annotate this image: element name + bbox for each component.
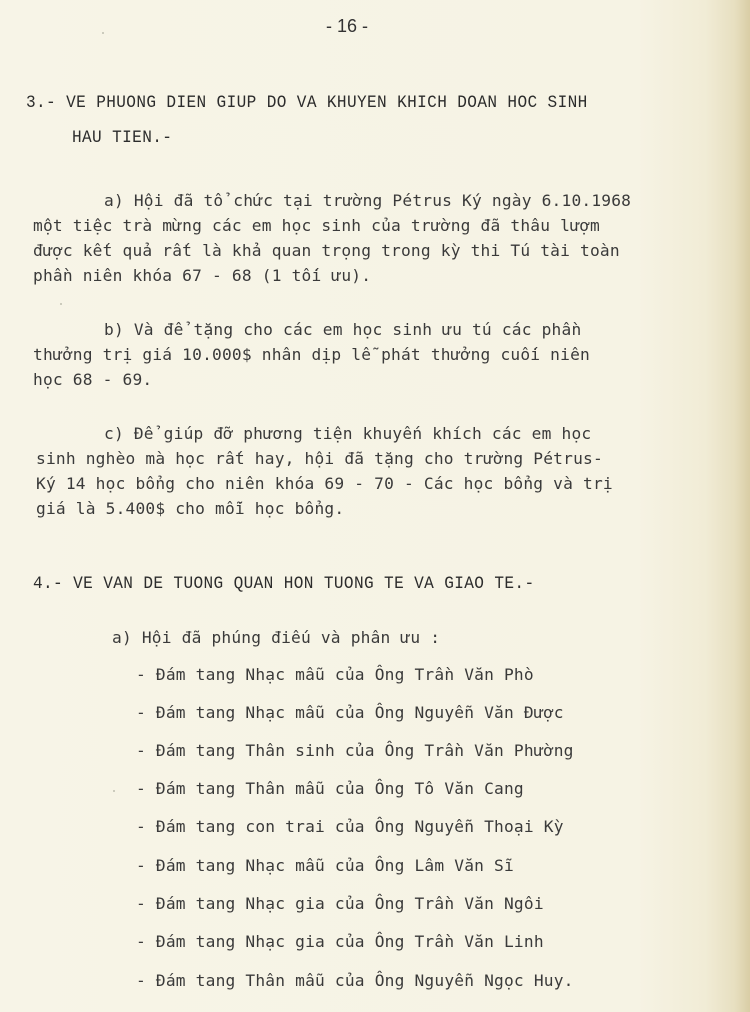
page-number: - 16 - [326, 16, 368, 37]
paragraph-line: được kết quả rất là khả quan trọng trong… [33, 241, 620, 260]
paragraph-line: phần niên khóa 67 - 68 (1 tối ưu). [33, 266, 371, 285]
list-item: - Đám tang Nhạc gia của Ông Trần Văn Ngô… [136, 894, 544, 913]
list-item: - Đám tang Nhạc gia của Ông Trần Văn Lin… [136, 932, 544, 951]
paragraph-line: b) Và để tặng cho các em học sinh ưu tú … [104, 320, 581, 339]
list-item: - Đám tang Nhạc mẫu của Ông Trần Văn Phò [136, 665, 534, 684]
list-item: - Đám tang Thân sinh của Ông Trần Văn Ph… [136, 741, 574, 760]
paragraph-line: một tiệc trà mừng các em học sinh của tr… [33, 216, 600, 235]
section-4-intro: a) Hội đã phúng điếu và phân ưu : [112, 628, 440, 647]
paragraph-line: sinh nghèo mà học rất hay, hội đã tặng c… [36, 449, 603, 468]
list-item: - Đám tang con trai của Ông Nguyễn Thoại… [136, 817, 564, 836]
paper-speck [102, 32, 104, 34]
paper-speck [113, 790, 115, 792]
list-item: - Đám tang Thân mẫu của Ông Tô Văn Cang [136, 779, 524, 798]
paragraph-line: a) Hội đã tổ chức tại trường Pétrus Ký n… [104, 191, 631, 210]
paragraph-line: học 68 - 69. [33, 370, 152, 389]
paper-speck [60, 303, 62, 305]
paragraph-line: c) Để giúp đỡ phương tiện khuyến khích c… [104, 424, 591, 443]
section-3-heading: 3.- VE PHUONG DIEN GIUP DO VA KHUYEN KHI… [26, 93, 588, 113]
section-3-heading-cont: HAU TIEN.- [72, 128, 172, 148]
section-4-heading: 4.- VE VAN DE TUONG QUAN HON TUONG TE VA… [33, 574, 534, 594]
list-item: - Đám tang Nhạc mẫu của Ông Nguyễn Văn Đ… [136, 703, 564, 722]
list-item: - Đám tang Nhạc mẫu của Ông Lâm Văn Sĩ [136, 856, 514, 875]
paragraph-line: giá là 5.400$ cho mỗi học bổng. [36, 499, 344, 518]
scanned-page: - 16 - 3.- VE PHUONG DIEN GIUP DO VA KHU… [0, 0, 750, 1012]
list-item: - Đám tang Thân mẫu của Ông Nguyễn Ngọc … [136, 971, 574, 990]
paragraph-line: Ký 14 học bổng cho niên khóa 69 - 70 - C… [36, 474, 613, 493]
paragraph-line: thưởng trị giá 10.000$ nhân dịp lễ phát … [33, 345, 590, 364]
